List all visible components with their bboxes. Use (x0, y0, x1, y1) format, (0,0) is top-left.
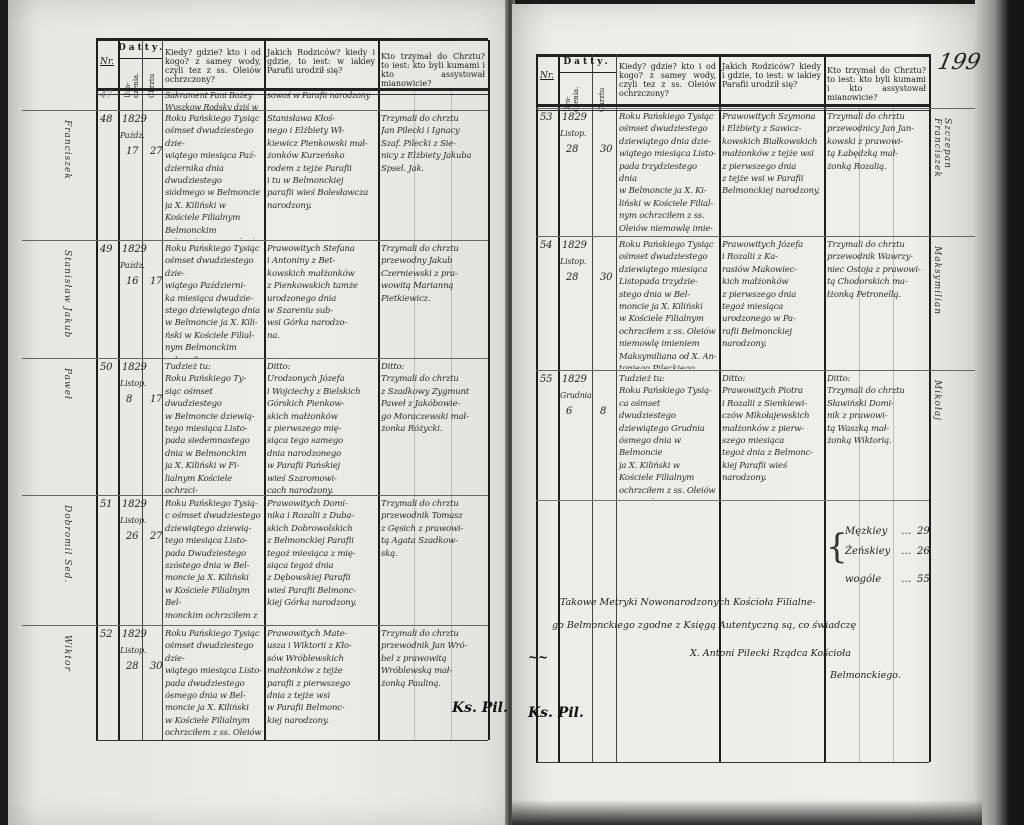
godparents-text: Trzymali do chrztu przewodnik Wawrzy- ni… (827, 239, 927, 369)
carry-over-parents: sowoś w Parafii narodzony (267, 90, 377, 110)
header-rodzicow: Jakich Rodziców? kiedy i gdzie, to iest:… (267, 48, 375, 75)
summary-total-count: 55 (917, 574, 937, 585)
godparents-text: Trzymali do chrztu przewodny Jakub Czern… (381, 243, 486, 359)
baptism-day: 8 (600, 406, 620, 418)
signature-mark: Ks. Pil. (528, 705, 584, 721)
birth-day: 8 (126, 394, 146, 406)
attestation-line2: go Belmonckiego zgodne z Księgą Autentyc… (552, 620, 930, 631)
header-datty: Datty. (558, 58, 616, 67)
header-urodzenia: Uro-dzenia. (124, 62, 140, 98)
entry-month: Listop. (560, 128, 604, 140)
birth-day: 28 (566, 272, 586, 284)
entry-year: 1829 (562, 374, 602, 386)
margin-child-name: Franciszek (62, 120, 72, 230)
bottom-shadow (512, 800, 982, 825)
parents-text: Ditto: Prawowitych Piotra i Rozalii z Si… (722, 373, 822, 499)
entry-year: 1829 (122, 499, 162, 511)
entry-year: 1829 (122, 114, 162, 126)
birth-day: 16 (126, 276, 146, 288)
header-chrzestni: Kto trzymał do Chrztu? to iest: kto byli… (381, 52, 485, 88)
margin-child-name: Mikołaj (932, 380, 942, 490)
row-separator (536, 500, 929, 501)
datty-rule (118, 58, 162, 59)
entry-year: 1829 (122, 244, 162, 256)
attestation-line1: Takowe Metryki Nowonarodzonych Kościoła … (560, 597, 930, 608)
carry-over-number: 47 (100, 90, 120, 102)
godparents-text: Trzymali do chrztu przewodnicy Jan Jan- … (827, 111, 927, 235)
birth-day: 28 (126, 661, 146, 673)
birth-day: 26 (126, 531, 146, 543)
godparents-text: Trzymali do chrztu Jan Pilecki i Ignacy … (381, 113, 486, 239)
entry-year: 1829 (562, 240, 602, 252)
godparents-text: Trzymali do chrztu przewodnik Jan Wró- b… (381, 628, 486, 739)
table-bottom-rule (96, 740, 488, 741)
summary-female-count: 26 (917, 546, 937, 557)
header-chrzestni: Kto trzymał do Chrztu? to iest: kto byli… (827, 66, 926, 102)
margin-child-name: Szczepan Franciszek (932, 118, 952, 228)
baptism-ceremony-text: Tudzież tu: Roku Pańskiego Ty- siąc ośms… (165, 361, 262, 497)
entry-month: Grudnia (560, 390, 604, 402)
summary-male-label: Męzkiey (845, 526, 905, 537)
header-nr: Nr. (538, 72, 556, 81)
godparents-text: Ditto: Trzymali do chrztu z Szadkowy Zyg… (381, 361, 486, 497)
baptism-ceremony-text: Tudzież tu: Roku Pańskiego Tysią- ca ośm… (619, 373, 717, 499)
parents-text: Stanisława Kłoś- nego i Elżbiety Wł- kie… (267, 113, 376, 239)
parents-text: Ditto: Urodzonych Józefa i Wojciechy z B… (267, 361, 376, 497)
margin-child-name: Stanisław Jakub (62, 250, 72, 356)
page-number: 199 (935, 50, 982, 75)
margin-child-name: Dobromil Sed. (62, 505, 72, 615)
entry-number: 55 (540, 374, 556, 386)
carry-over-ceremony: Sakrament Pani Bożey Wyszkow Rodsky dziś… (165, 90, 263, 110)
attestation-line4: Belmonckiego. (830, 670, 940, 681)
header-kiedy: Kiedy? gdzie? kto i od kogo? z samey wod… (165, 48, 261, 84)
entry-month: Listop. (120, 645, 164, 657)
header-nr: Nr. (98, 58, 116, 67)
summary-total-label: wogóle (845, 574, 905, 585)
page-edge-shadow (975, 0, 1024, 825)
entry-number: 50 (100, 362, 116, 374)
parents-text: Prawowitych Mate- usza i Wiktorii z Kło-… (267, 628, 376, 739)
attestation-line3: X. Antoni Pilecki Rządca Kościoła (690, 648, 930, 659)
header-urodzenia: Uro-dzenia. (564, 76, 580, 112)
entry-number: 54 (540, 240, 556, 252)
entry-number: 51 (100, 499, 116, 511)
header-rodzicow: Jakich Rodziców? kiedy i gdzie, to iest:… (722, 62, 821, 89)
baptism-ceremony-text: Roku Pańskiego Tysiąc ośmset dwudziesteg… (165, 628, 262, 739)
summary-male-count: 29 (917, 526, 937, 537)
entry-month: Listop. (120, 378, 164, 390)
birth-day: 6 (566, 406, 586, 418)
entry-number: 52 (100, 629, 116, 641)
datty-rule (558, 72, 616, 73)
godparents-text: Trzymali do chrztu przewodnik Tomasz z G… (381, 498, 486, 624)
entry-year: 1829 (122, 629, 162, 641)
entry-number: 53 (540, 112, 556, 124)
godparents-text: Ditto: Trzymali do chrztu Sławiński Domi… (827, 373, 927, 499)
parents-text: Prawowitych Domi- nika i Rozalii z Duba-… (267, 498, 376, 624)
entry-year: 1829 (122, 362, 162, 374)
header-kiedy: Kiedy? gdzie? kto i od kogo? z samey wod… (619, 62, 716, 98)
entry-month: Paźdz. (120, 130, 164, 142)
header-chrztu: Chrztu (148, 62, 156, 98)
column-rule (488, 40, 490, 740)
summary-female-label: Żeńskiey (845, 546, 905, 557)
header-chrztu: Chrztu (598, 76, 606, 112)
header-datty: Datty. (118, 44, 162, 53)
parents-text: Prawowitych Stefana i Antoniny z Bet- ko… (267, 243, 376, 359)
entry-month: Listop. (120, 515, 164, 527)
baptism-ceremony-text: Roku Pańskiego Tysiąc ośmset dwudziesteg… (165, 243, 262, 359)
birth-day: 17 (126, 146, 146, 158)
baptism-day: 30 (600, 272, 620, 284)
entry-month: Listop. (560, 256, 604, 268)
baptism-ceremony-text: Roku Pańskiego Tysiąc ośmset dwudziesteg… (619, 111, 717, 235)
margin-child-name: Maksymilian (932, 246, 942, 356)
entry-number: 49 (100, 244, 116, 256)
entry-year: 1829 (562, 112, 602, 124)
parents-text: Prawowitych Szymona i Elżbiety z Sawicz-… (722, 111, 822, 235)
table-bottom-rule (536, 762, 929, 763)
parents-text: Prawowitych Józefa i Rozalii z Ka- rasió… (722, 239, 822, 369)
ink-blot: ~~ (528, 650, 548, 664)
birth-day: 28 (566, 144, 586, 156)
baptism-ceremony-text: Roku Pańskiego Tysiąc ośmset dwudziesteg… (165, 113, 262, 239)
header-rule (536, 104, 929, 107)
baptism-day: 30 (600, 144, 620, 156)
entry-month: Paźdz. (120, 260, 164, 272)
baptism-ceremony-text: Roku Pańskiego Tysią- c ośmset dwudziest… (165, 498, 262, 624)
signature-mark: Ks. Pil. (452, 700, 508, 716)
baptism-ceremony-text: Roku Pańskiego Tysiąc ośmset dwudziesteg… (619, 239, 717, 369)
margin-child-name: Wiktor (62, 635, 72, 736)
entry-number: 48 (100, 114, 116, 126)
margin-child-name: Paweł (62, 368, 72, 478)
